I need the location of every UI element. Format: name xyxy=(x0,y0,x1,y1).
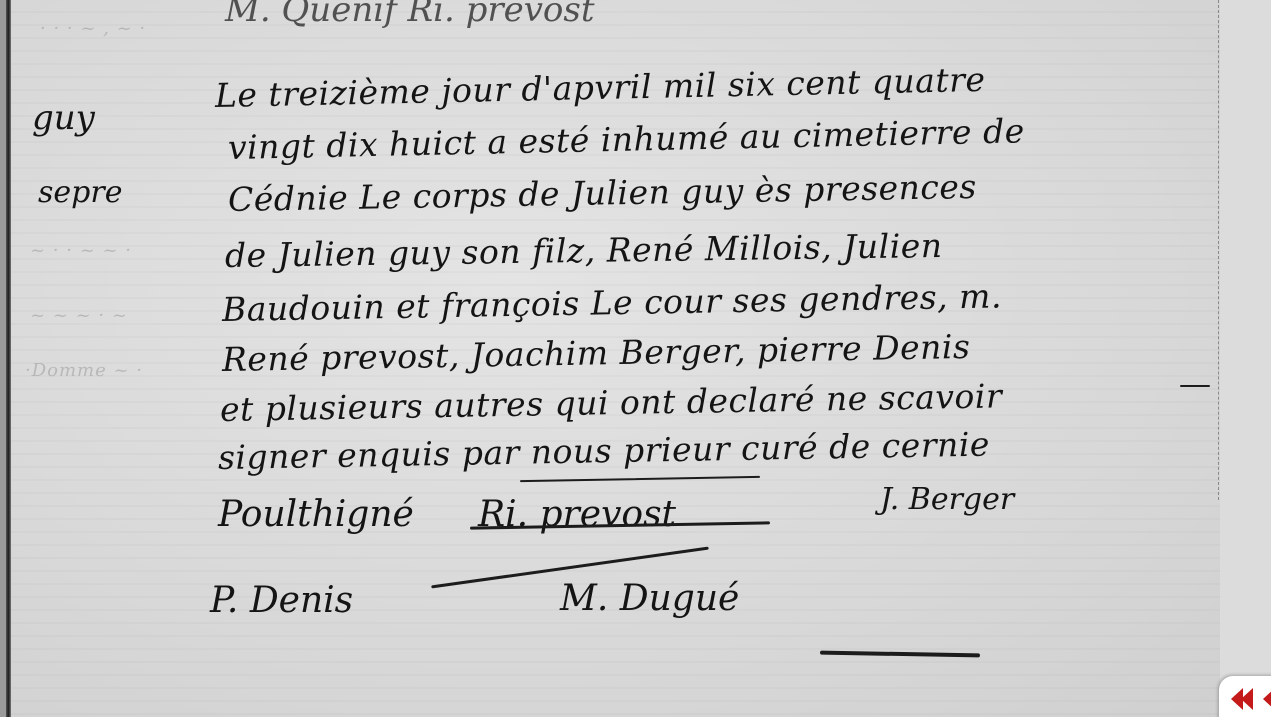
page-navigation-panel xyxy=(1219,676,1271,717)
record-line-1: Le treizième jour d'apvril mil six cent … xyxy=(215,60,986,115)
bleed-through-text: ~ ~ ~ · ~ xyxy=(30,305,128,326)
chevron-left-icon xyxy=(1263,688,1271,710)
right-page-strip xyxy=(1220,0,1271,717)
signature-poulthigne: Poulthigné xyxy=(218,494,414,535)
bleed-through-text: ~ · · ~ ~ · xyxy=(30,240,132,261)
signature-denis: P. Denis xyxy=(210,580,353,621)
record-line-8: signer enquis par nous prieur curé de ce… xyxy=(218,425,991,477)
signature-berger: J. Berger xyxy=(880,482,1014,517)
previous-page-button[interactable] xyxy=(1263,688,1271,710)
margin-surname: guy xyxy=(32,98,95,138)
margin-abbreviation: sepre xyxy=(38,175,122,210)
record-line-4: de Julien guy son filz, René Millois, Ju… xyxy=(225,226,943,275)
record-line-2: vingt dix huict a esté inhumé au cimetie… xyxy=(228,111,1025,167)
bleed-through-text: · · · ~ , ~ · xyxy=(40,18,146,39)
previous-entry-signatures: M. Quenif Ri. prevost xyxy=(225,0,595,30)
first-page-button[interactable] xyxy=(1231,688,1253,710)
double-chevron-left-icon xyxy=(1241,688,1253,710)
record-line-5: Baudouin et françois Le cour ses gendres… xyxy=(222,276,1003,329)
bleed-through-text: ·Domme ~ · xyxy=(25,360,143,381)
record-line-6: René prevost, Joachim Berger, pierre Den… xyxy=(222,327,971,379)
line-end-dash xyxy=(1180,385,1210,387)
underline-stroke xyxy=(520,476,760,482)
binding-line xyxy=(6,0,11,717)
scanned-register-page: · · · ~ , ~ · ~ · · ~ ~ · ~ ~ ~ · ~ ·Dom… xyxy=(0,0,1271,717)
signature-flourish xyxy=(820,651,980,658)
signature-dugue: M. Dugué xyxy=(560,578,739,619)
record-line-7: et plusieurs autres qui ont declaré ne s… xyxy=(220,376,1003,429)
record-line-3: Cédnie Le corps de Julien guy ès presenc… xyxy=(228,167,977,219)
